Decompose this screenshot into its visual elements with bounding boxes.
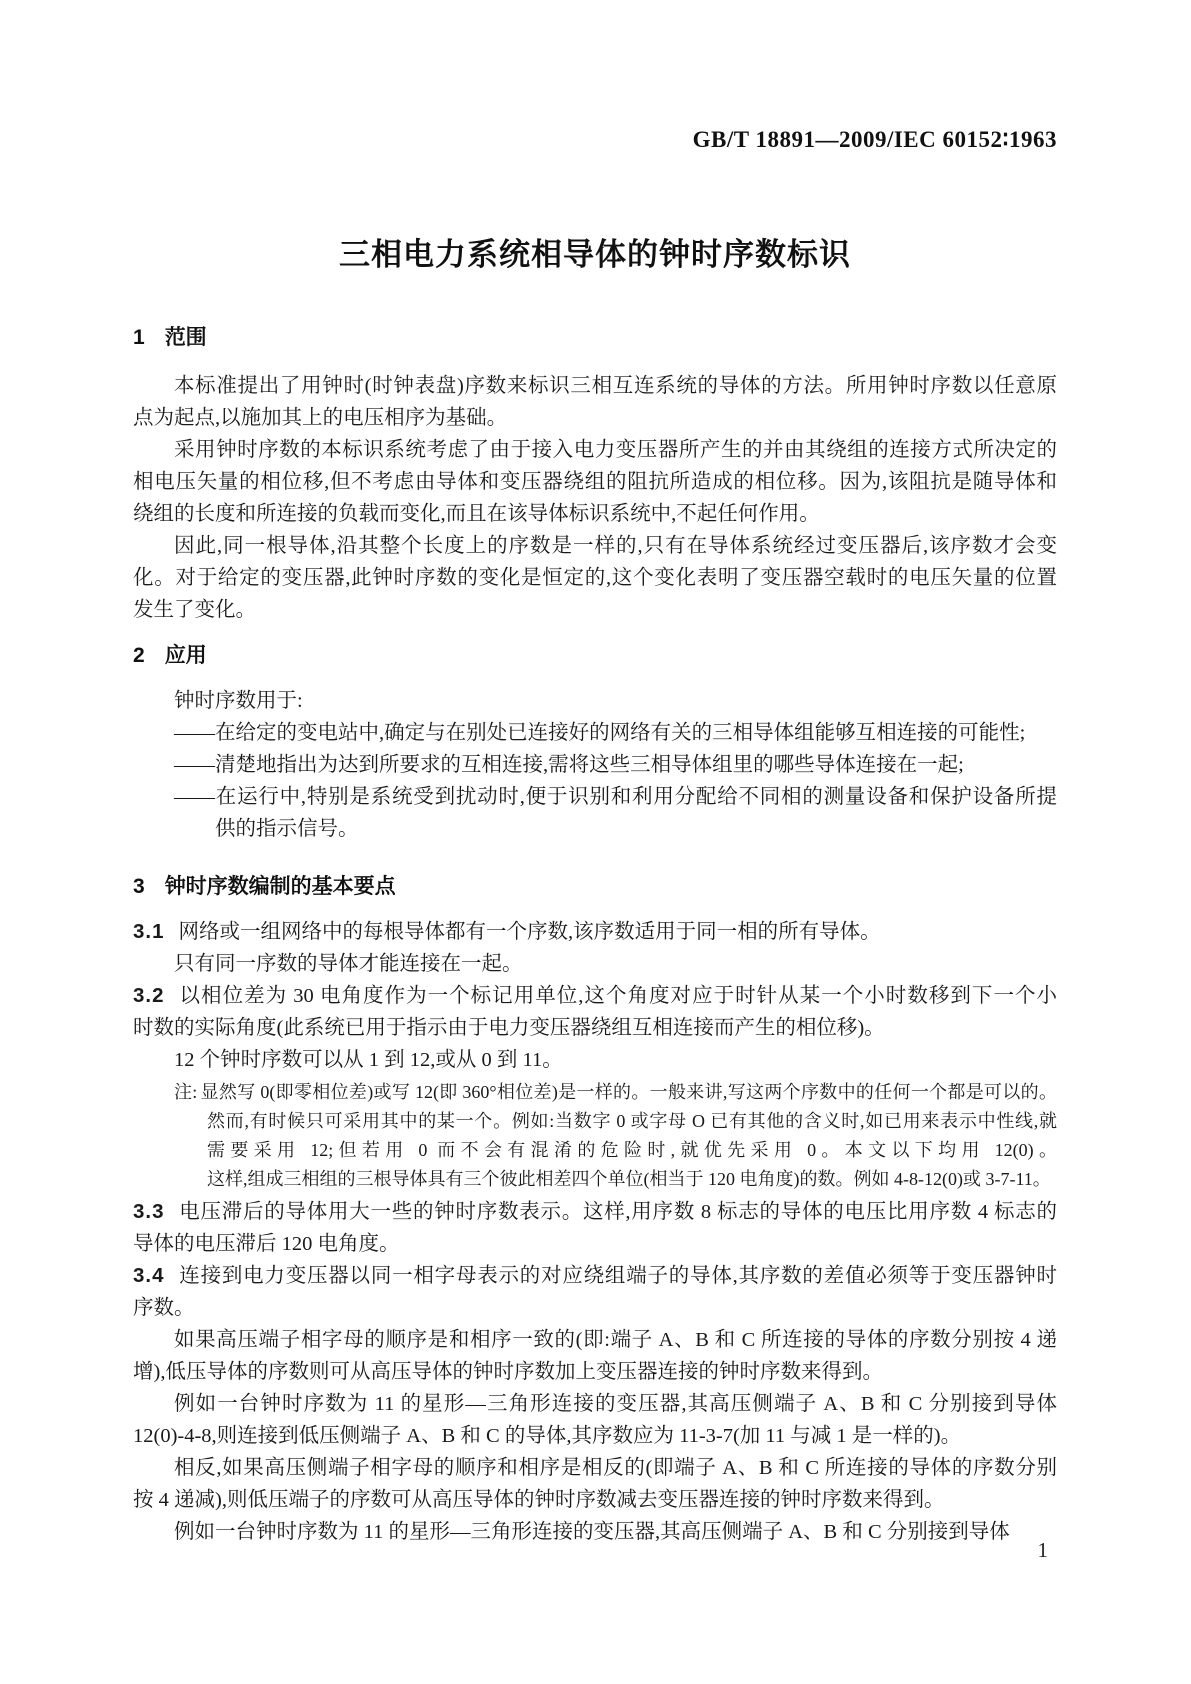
clause-number: 3.2 bbox=[133, 984, 165, 1007]
section-clock-number-principles: 3钟时序数编制的基本要点 3.1网络或一组网络中的每根导体都有一个序数,该序数适… bbox=[133, 871, 1057, 1548]
paragraph-clause: 3.3电压滞后的导体用大一些的钟时序数表示。这样,用序数 8 标志的导体的电压比… bbox=[133, 1196, 1057, 1260]
text-line: 3.2以相位差为 30 电角度作为一个标记用单位,这个角度对应于时针从某一个小时… bbox=[133, 980, 1057, 1012]
paragraph-dash: ——清楚地指出为达到所要求的互相连接,需将这些三相导体组里的哪些导体连接在一起; bbox=[133, 749, 1057, 781]
section-scope: 1范围 本标准提出了用钟时(时钟表盘)序数来标识三相互连系统的导体的方法。所用钟… bbox=[133, 322, 1057, 626]
text-line: 导体的电压滞后 120 电角度。 bbox=[133, 1228, 1057, 1260]
text-line: 只有同一序数的导体才能连接在一起。 bbox=[133, 948, 1057, 980]
clause-number: 3.1 bbox=[133, 920, 165, 943]
section-heading: 1范围 bbox=[133, 322, 1057, 353]
text-line: ——清楚地指出为达到所要求的互相连接,需将这些三相导体组里的哪些导体连接在一起; bbox=[133, 749, 1057, 781]
text-line: 相反,如果高压侧端子相字母的顺序和相序是相反的(即端子 A、B 和 C 所连接的… bbox=[133, 1452, 1057, 1484]
text-line: 时数的实际角度(此系统已用于指示由于电力变压器绕组互相连接而产生的相位移)。 bbox=[133, 1012, 1057, 1044]
text-line: 按 4 递减),则低压端子的序数可从高压导体的钟时序数减去变压器连接的钟时序数来… bbox=[133, 1484, 1057, 1516]
paragraph-p: 钟时序数用于: bbox=[133, 685, 1057, 717]
text-line: 12 个钟时序数可以从 1 到 12,或从 0 到 11。 bbox=[133, 1044, 1057, 1076]
section-body: 本标准提出了用钟时(时钟表盘)序数来标识三相互连系统的导体的方法。所用钟时序数以… bbox=[133, 370, 1057, 626]
text-line: 3.3电压滞后的导体用大一些的钟时序数表示。这样,用序数 8 标志的导体的电压比… bbox=[133, 1196, 1057, 1228]
text-line: 序数。 bbox=[133, 1292, 1057, 1324]
paragraph-p: 采用钟时序数的本标识系统考虑了由于接入电力变压器所产生的并由其绕组的连接方式所决… bbox=[133, 434, 1057, 530]
paragraph-clause: 3.4连接到电力变压器以同一相字母表示的对应绕组端子的导体,其序数的差值必须等于… bbox=[133, 1260, 1057, 1324]
text-line: 12(0)-4-8,则连接到低压侧端子 A、B 和 C 的导体,其序数应为 11… bbox=[133, 1420, 1057, 1452]
text-line: 点为起点,以施加其上的电压相序为基础。 bbox=[133, 402, 1057, 434]
text-line: ——在给定的变电站中,确定与在别处已连接好的网络有关的三相导体组能够互相连接的可… bbox=[133, 717, 1057, 749]
text-line: 例如一台钟时序数为 11 的星形—三角形连接的变压器,其高压侧端子 A、B 和 … bbox=[133, 1516, 1057, 1548]
text-line: 相电压矢量的相位移,但不考虑由导体和变压器绕组的阻抗所造成的相位移。因为,该阻抗… bbox=[133, 466, 1057, 498]
text-line: 发生了变化。 bbox=[133, 594, 1057, 626]
text-line: 化。对于给定的变压器,此钟时序数的变化是恒定的,这个变化表明了变压器空载时的电压… bbox=[133, 562, 1057, 594]
document-title: 三相电力系统相导体的钟时序数标识 bbox=[133, 237, 1057, 273]
paragraph-p: 例如一台钟时序数为 11 的星形—三角形连接的变压器,其高压侧端子 A、B 和 … bbox=[133, 1388, 1057, 1452]
page-number: 1 bbox=[1038, 1537, 1049, 1563]
note-label: 注: bbox=[174, 1082, 197, 1102]
section-title: 应用 bbox=[165, 644, 207, 667]
text-line: ——在运行中,特别是系统受到扰动时,便于识别和利用分配给不同相的测量设备和保护设… bbox=[133, 781, 1057, 813]
text-line: 本标准提出了用钟时(时钟表盘)序数来标识三相互连系统的导体的方法。所用钟时序数以… bbox=[133, 370, 1057, 402]
paragraph-p: 只有同一序数的导体才能连接在一起。 bbox=[133, 948, 1057, 980]
section-title: 范围 bbox=[165, 326, 207, 349]
paragraph-clause: 3.2以相位差为 30 电角度作为一个标记用单位,这个角度对应于时针从某一个小时… bbox=[133, 980, 1057, 1044]
text-line: 增),低压导体的序数则可从高压导体的钟时序数加上变压器连接的钟时序数来得到。 bbox=[133, 1356, 1057, 1388]
paragraph-p: 相反,如果高压侧端子相字母的顺序和相序是相反的(即端子 A、B 和 C 所连接的… bbox=[133, 1452, 1057, 1516]
text-line: 3.4连接到电力变压器以同一相字母表示的对应绕组端子的导体,其序数的差值必须等于… bbox=[133, 1260, 1057, 1292]
paragraph-p: 因此,同一根导体,沿其整个长度上的序数是一样的,只有在导体系统经过变压器后,该序… bbox=[133, 530, 1057, 626]
paragraph-dash: ——在运行中,特别是系统受到扰动时,便于识别和利用分配给不同相的测量设备和保护设… bbox=[133, 781, 1057, 845]
text-line: 供的指示信号。 bbox=[133, 813, 1057, 845]
text-line: 需要采用 12;但若用 0 而不会有混淆的危险时,就优先采用 0。本文以下均用 … bbox=[174, 1136, 1057, 1165]
paragraph-p: 12 个钟时序数可以从 1 到 12,或从 0 到 11。 bbox=[133, 1044, 1057, 1076]
text-line: 采用钟时序数的本标识系统考虑了由于接入电力变压器所产生的并由其绕组的连接方式所决… bbox=[133, 434, 1057, 466]
paragraph-p: 如果高压端子相字母的顺序是和相序一致的(即:端子 A、B 和 C 所连接的导体的… bbox=[133, 1324, 1057, 1388]
text-line: 3.1网络或一组网络中的每根导体都有一个序数,该序数适用于同一相的所有导体。 bbox=[133, 916, 1057, 948]
text-line: 钟时序数用于: bbox=[133, 685, 1057, 717]
section-number: 1 bbox=[133, 326, 145, 349]
section-number: 2 bbox=[133, 644, 145, 667]
text-line: 因此,同一根导体,沿其整个长度上的序数是一样的,只有在导体系统经过变压器后,该序… bbox=[133, 530, 1057, 562]
text-line: 绕组的长度和所连接的负载而变化,而且在该导体标识系统中,不起任何作用。 bbox=[133, 498, 1057, 530]
section-heading: 2应用 bbox=[133, 640, 1057, 671]
section-application: 2应用 钟时序数用于:——在给定的变电站中,确定与在别处已连接好的网络有关的三相… bbox=[133, 640, 1057, 845]
text-line: 如果高压端子相字母的顺序是和相序一致的(即:端子 A、B 和 C 所连接的导体的… bbox=[133, 1324, 1057, 1356]
text-line: 这样,组成三相组的三根导体具有三个彼此相差四个单位(相当于 120 电角度)的数… bbox=[174, 1165, 1057, 1194]
paragraph-p: 例如一台钟时序数为 11 的星形—三角形连接的变压器,其高压侧端子 A、B 和 … bbox=[133, 1516, 1057, 1548]
paragraph-dash: ——在给定的变电站中,确定与在别处已连接好的网络有关的三相导体组能够互相连接的可… bbox=[133, 717, 1057, 749]
text-line: 然而,有时候只可采用其中的某一个。例如:当数字 0 或字母 O 已有其他的含义时… bbox=[174, 1107, 1057, 1136]
section-heading: 3钟时序数编制的基本要点 bbox=[133, 871, 1057, 902]
section-body: 3.1网络或一组网络中的每根导体都有一个序数,该序数适用于同一相的所有导体。只有… bbox=[133, 916, 1057, 1548]
standard-designation-header: GB/T 18891—2009/IEC 60152∶1963 bbox=[133, 128, 1057, 152]
paragraph-p: 本标准提出了用钟时(时钟表盘)序数来标识三相互连系统的导体的方法。所用钟时序数以… bbox=[133, 370, 1057, 434]
paragraph-clause: 3.1网络或一组网络中的每根导体都有一个序数,该序数适用于同一相的所有导体。 bbox=[133, 916, 1057, 948]
paragraph-note: 注:显然写 0(即零相位差)或写 12(即 360°相位差)是一样的。一般来讲,… bbox=[133, 1078, 1057, 1194]
text-line: 例如一台钟时序数为 11 的星形—三角形连接的变压器,其高压侧端子 A、B 和 … bbox=[133, 1388, 1057, 1420]
text-line: 注:显然写 0(即零相位差)或写 12(即 360°相位差)是一样的。一般来讲,… bbox=[174, 1078, 1057, 1107]
section-body: 钟时序数用于:——在给定的变电站中,确定与在别处已连接好的网络有关的三相导体组能… bbox=[133, 685, 1057, 845]
clause-number: 3.4 bbox=[133, 1264, 165, 1287]
section-title: 钟时序数编制的基本要点 bbox=[165, 875, 396, 898]
document-page: GB/T 18891—2009/IEC 60152∶1963 三相电力系统相导体… bbox=[0, 0, 1191, 1684]
clause-number: 3.3 bbox=[133, 1200, 165, 1223]
section-number: 3 bbox=[133, 875, 145, 898]
